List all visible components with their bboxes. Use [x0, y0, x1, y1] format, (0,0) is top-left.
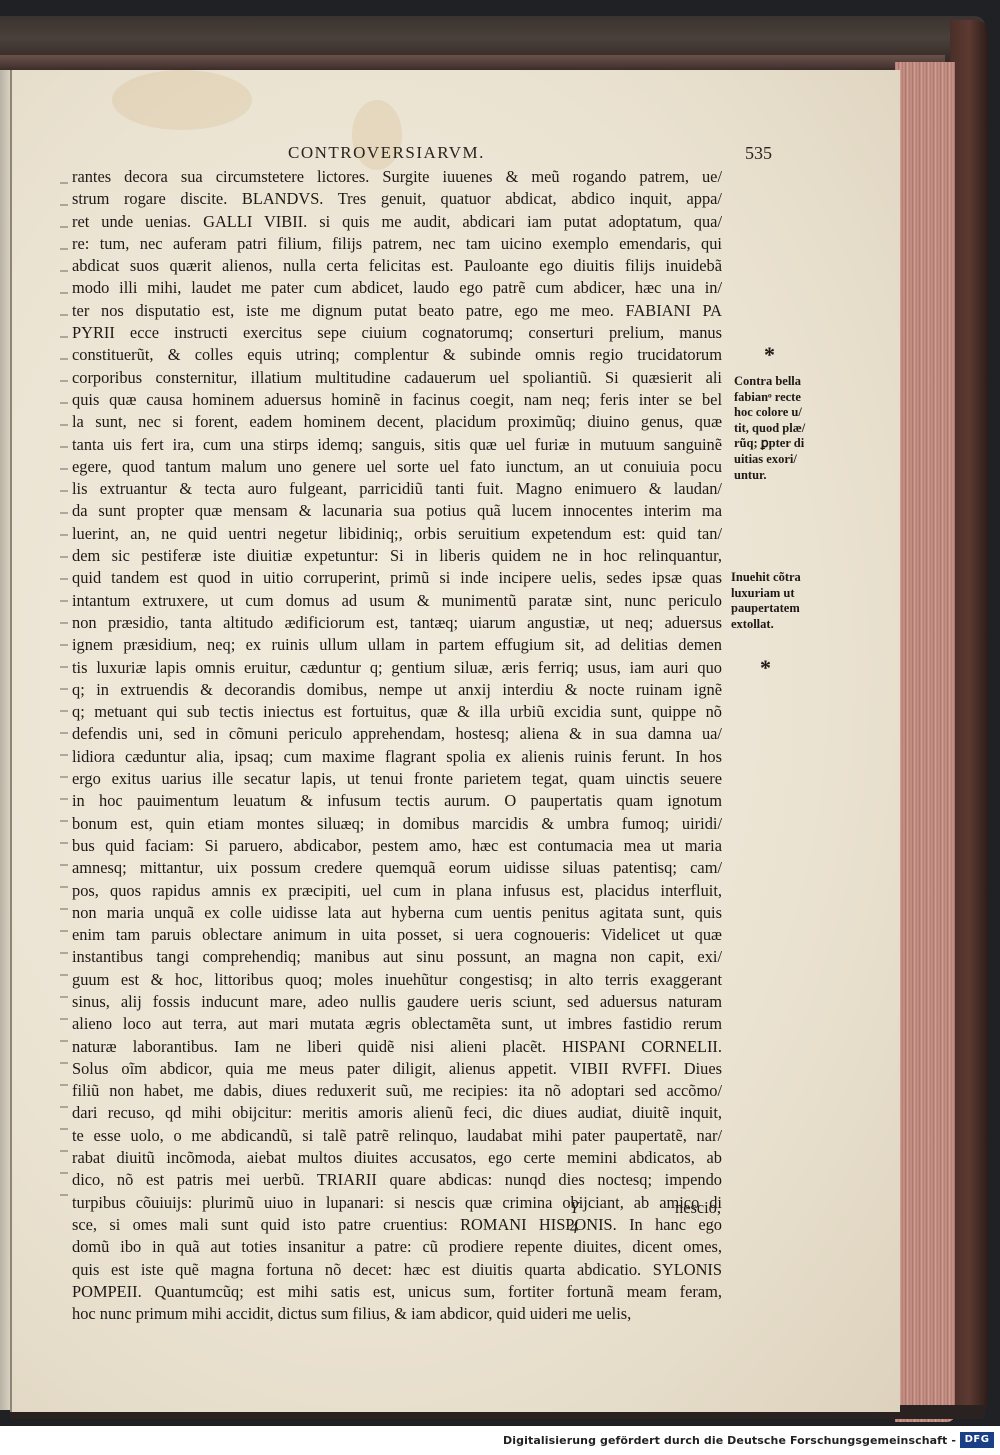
text-line: pos, quos rapidus amnis ex præcipiti, ue…	[72, 880, 722, 902]
text-line: amnesq; mittantur, uix possum credere qu…	[72, 857, 722, 879]
text-line: defendis uni, sed in cõmuni periculo app…	[72, 723, 722, 745]
marginal-line: tit, quod plæ/	[734, 421, 805, 437]
text-line: q; metuant qui sub tectis iniectus est f…	[72, 701, 722, 723]
marginal-line: paupertatem	[731, 601, 801, 617]
water-stain	[112, 70, 252, 130]
text-line: quis quæ causa hominem aduersus hominẽ i…	[72, 389, 722, 411]
text-line: re: tum, nec auferam patri filium, filij…	[72, 233, 722, 255]
text-line: in hoc pauimentum leuatum & infusum tect…	[72, 790, 722, 812]
text-line: hoc nunc primum mihi accidit, dictus sum…	[72, 1303, 722, 1325]
text-line: tis luxuriæ lapis omnis eruitur, cæduntu…	[72, 657, 722, 679]
text-line: te esse uolo, o me abdicandũ, si talẽ pa…	[72, 1125, 722, 1147]
text-line: constituerũt, & colles equis utrinq; com…	[72, 344, 722, 366]
text-line: turpibus cõuiuijs: plurimũ uiuo in lupan…	[72, 1192, 722, 1214]
text-line: q; in extruendis & decorandis domibus, n…	[72, 679, 722, 701]
text-line: lidiora cæduntur alia, ipsaq; cum maxime…	[72, 746, 722, 768]
signature-mark: Y 4	[570, 1198, 579, 1238]
book-scan: CONTROVERSIARVM. 535 rantes decora sua c…	[0, 0, 1000, 1426]
text-line: naturæ laborantibus. Iam ne liberi quidẽ…	[72, 1036, 722, 1058]
text-line: intantum extruxere, ut cum domus ad usum…	[72, 590, 722, 612]
text-line: POMPEII. Quantumcũq; est mihi satis est,…	[72, 1281, 722, 1303]
text-line: abdicat suos quærit alienos, nulla certa…	[72, 255, 722, 277]
gutter-bleed-marks	[60, 170, 68, 1200]
text-line: non præsidio, tanta altitudo ædificiorum…	[72, 612, 722, 634]
text-line: strum rogare discite. BLANDVS. Tres genu…	[72, 188, 722, 210]
text-line: sinus, alij fossis inducunt mare, adeo n…	[72, 991, 722, 1013]
marginal-line: Contra bella	[734, 374, 805, 390]
dfg-logo: DFG	[960, 1432, 994, 1448]
marginal-line: Inuehit cõtra	[731, 570, 801, 586]
body-text: rantes decora sua circumstetere lictores…	[72, 166, 722, 1325]
book-cover-right	[950, 20, 988, 1415]
text-line: dico, nõ est patris mei uerbũ. TRIARII q…	[72, 1169, 722, 1191]
text-line: alieno loco aut terra, aut mari mutata æ…	[72, 1013, 722, 1035]
text-line: PYRII ecce instructi exercitus sepe ciui…	[72, 322, 722, 344]
text-line: lis extruantur & tecta auro fulgeant, pa…	[72, 478, 722, 500]
page-number: 535	[745, 143, 772, 164]
page-fore-edge	[895, 62, 955, 1422]
text-line: tanta uis fert ira, cum una stirps idemq…	[72, 434, 722, 456]
text-line: modo illi mihi, laudet me pater cum abdi…	[72, 277, 722, 299]
marginal-line: uitias exori/	[734, 452, 805, 468]
text-line: da sunt propter quæ mensam & lacunaria s…	[72, 500, 722, 522]
marginal-line: rũq; ꝑpter di	[734, 436, 805, 452]
text-line: corporibus consternitur, illatium multit…	[72, 367, 722, 389]
text-line: luerint, an, ne quid uentri negetur libi…	[72, 523, 722, 545]
marginal-line: hoc colore u/	[734, 405, 805, 421]
text-line: bonum est, quin etiam montes siluæq; in …	[72, 813, 722, 835]
text-line: bus quid faciam: Si paruero, abdicabor, …	[72, 835, 722, 857]
text-line: filiũ non habet, me dabis, diues reduxer…	[72, 1080, 722, 1102]
text-line: la sunt, nec si forent, eadem hominem de…	[72, 411, 722, 433]
text-line: dari recuso, qd mihi obijcitur: meritis …	[72, 1102, 722, 1124]
text-line: rabat diuitũ incõmoda, aiebat multos diu…	[72, 1147, 722, 1169]
text-line: ret unde uenias. GALLI VIBII. si quis me…	[72, 211, 722, 233]
text-line: enim tam paruis oblectare animum in uita…	[72, 924, 722, 946]
text-line: ter nos disputatio est, iste me dignum p…	[72, 300, 722, 322]
asterisk-mark: *	[764, 342, 775, 368]
text-line: quid tandem est quod in uitio corruperin…	[72, 567, 722, 589]
marginal-note-1: Contra bella fabianᵒ recte hoc colore u/…	[734, 374, 805, 483]
asterisk-mark: *	[760, 655, 771, 681]
text-line: non maria unquã ex colle uidisse lata au…	[72, 902, 722, 924]
text-line: rantes decora sua circumstetere lictores…	[72, 166, 722, 188]
text-line: sce, si omes mali sunt quid isto patre c…	[72, 1214, 722, 1236]
marginal-note-2: Inuehit cõtra luxuriam ut paupertatem ex…	[731, 570, 801, 632]
text-line: ignem præsidium, neq; ex ruinis ullum ul…	[72, 634, 722, 656]
funding-credit: Digitalisierung gefördert durch die Deut…	[503, 1434, 956, 1447]
text-line: dem sic pestiferæ iste diuitiæ expetuntu…	[72, 545, 722, 567]
text-line: quis est iste quẽ magna fortuna nõ decet…	[72, 1259, 722, 1281]
text-line: egere, quod tantum malum uno genere uel …	[72, 456, 722, 478]
text-line: domũ ibo in quã aut toties insanitur a p…	[72, 1236, 722, 1258]
footer-bar: Digitalisierung gefördert durch die Deut…	[0, 1426, 1000, 1455]
marginal-line: extollat.	[731, 617, 801, 633]
marginal-line: luxuriam ut	[731, 586, 801, 602]
marginal-line: untur.	[734, 468, 805, 484]
text-line: Solus oĩm abdicor, quia me meus pater di…	[72, 1058, 722, 1080]
text-line: instantibus tangi comprehendiq; manibus …	[72, 946, 722, 968]
text-line: ergo exitus uarius ille secatur lapis, u…	[72, 768, 722, 790]
marginal-line: fabianᵒ recte	[734, 390, 805, 406]
running-head: CONTROVERSIARVM.	[288, 143, 485, 163]
text-line: guum est & hoc, littoribus quoq; moles i…	[72, 969, 722, 991]
catchword: nescio,	[675, 1198, 721, 1218]
